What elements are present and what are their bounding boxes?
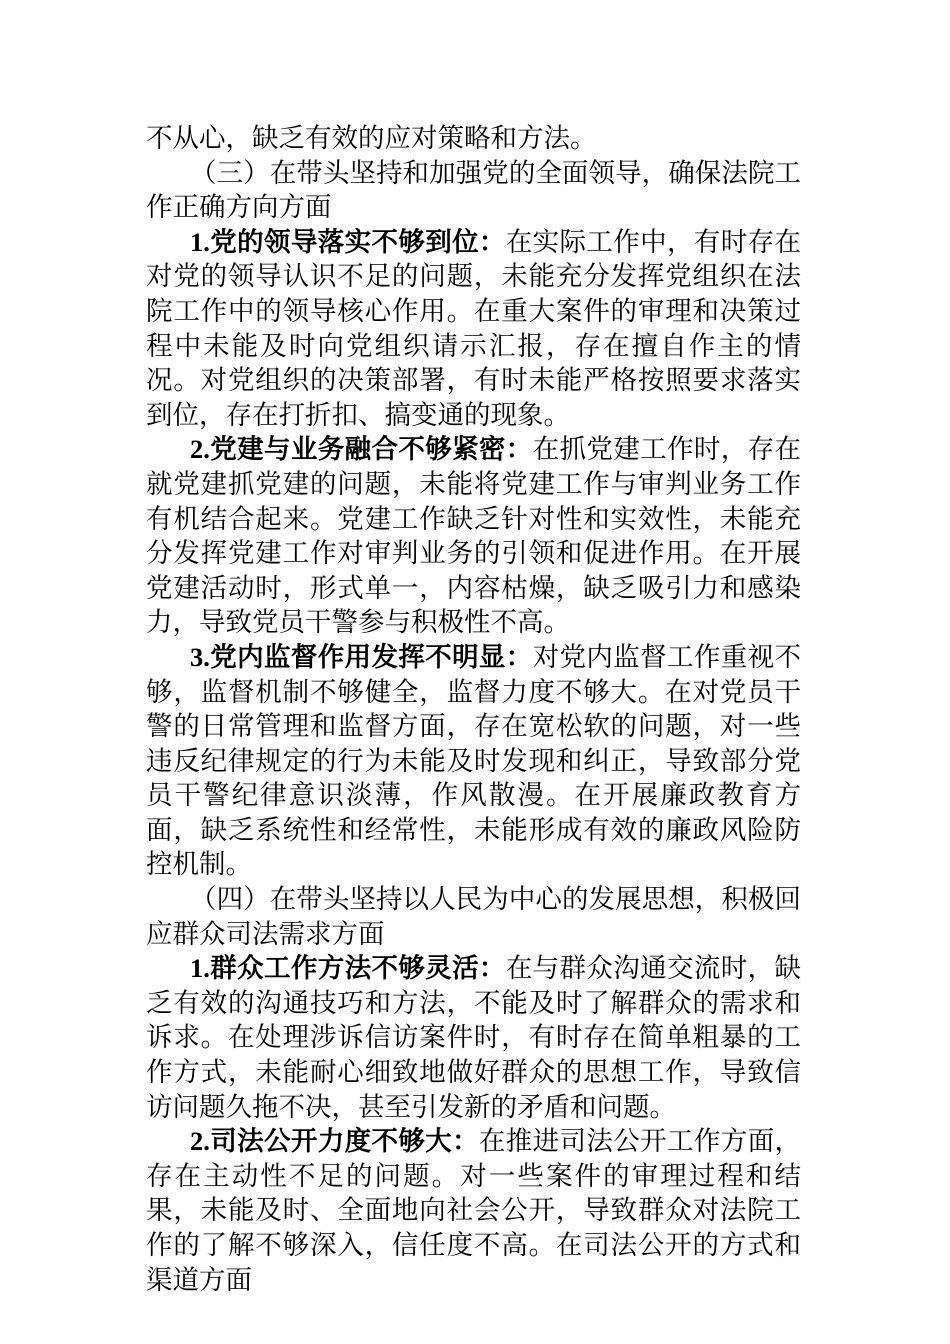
item-label: 2.司法公开力度不够大： — [190, 1126, 479, 1156]
heading-text: （三）在带头坚持和加强党的全面领导，确保法院工作正确方向方面 — [146, 158, 801, 223]
item-label: 3.党内监督作用发挥不明显： — [190, 642, 533, 672]
numbered-item-3-3: 3.党内监督作用发挥不明显：对党内监督工作重视不够，监督机制不够健全，监督力度不… — [146, 640, 801, 882]
item-label: 1.群众工作方法不够灵活： — [190, 953, 506, 983]
item-label: 1.党的领导落实不够到位： — [190, 227, 506, 257]
numbered-item-3-2: 2.党建与业务融合不够紧密：在抓党建工作时，存在就党建抓党建的问题，未能将党建工… — [146, 432, 801, 640]
numbered-item-3-1: 1.党的领导落实不够到位：在实际工作中，有时存在对党的领导认识不足的问题，未能充… — [146, 225, 801, 433]
body-text: 对党内监督工作重视不够，监督机制不够健全，监督力度不够大。在对党员干警的日常管理… — [146, 642, 801, 880]
document-content: 不从心，缺乏有效的应对策略和方法。 （三）在带头坚持和加强党的全面领导，确保法院… — [146, 121, 801, 1297]
item-label: 2.党建与业务融合不够紧密： — [190, 434, 533, 464]
paragraph-continuation: 不从心，缺乏有效的应对策略和方法。 — [146, 121, 801, 156]
heading-text: （四）在带头坚持以人民为中心的发展思想，积极回应群众司法需求方面 — [146, 884, 801, 949]
document-page: 不从心，缺乏有效的应对策略和方法。 （三）在带头坚持和加强党的全面领导，确保法院… — [0, 0, 950, 1344]
section-heading-3: （三）在带头坚持和加强党的全面领导，确保法院工作正确方向方面 — [146, 156, 801, 225]
numbered-item-4-1: 1.群众工作方法不够灵活：在与群众沟通交流时，缺乏有效的沟通技巧和方法，不能及时… — [146, 951, 801, 1124]
body-text: 在抓党建工作时，存在就党建抓党建的问题，未能将党建工作与审判业务工作有机结合起来… — [146, 434, 801, 637]
section-heading-4: （四）在带头坚持以人民为中心的发展思想，积极回应群众司法需求方面 — [146, 882, 801, 951]
numbered-item-4-2: 2.司法公开力度不够大：在推进司法公开工作方面，存在主动性不足的问题。对一些案件… — [146, 1124, 801, 1297]
body-text: 在实际工作中，有时存在对党的领导认识不足的问题，未能充分发挥党组织在法院工作中的… — [146, 227, 801, 430]
body-text: 不从心，缺乏有效的应对策略和方法。 — [146, 123, 597, 153]
